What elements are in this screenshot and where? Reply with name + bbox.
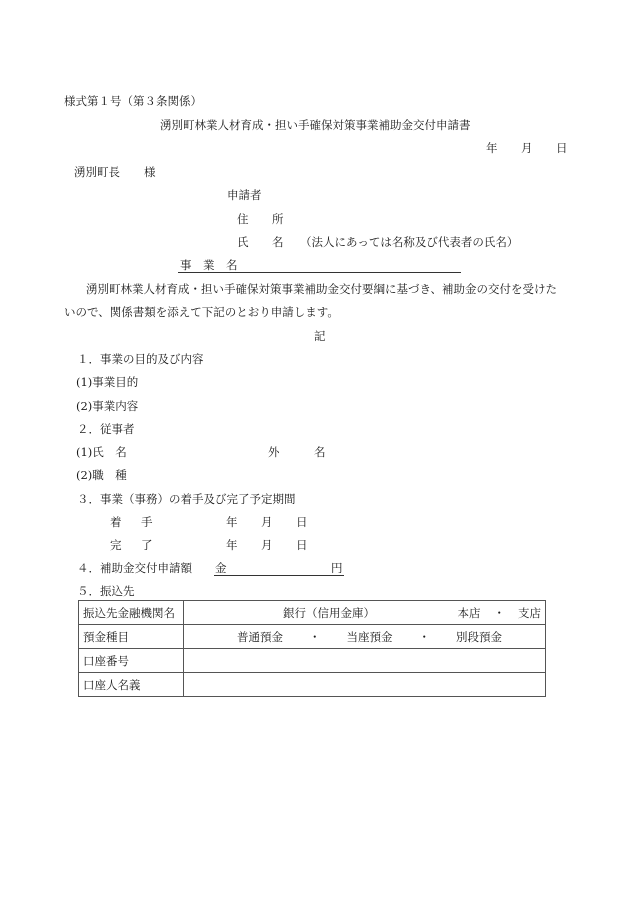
kin-label: 金 (215, 563, 227, 575)
separator-dot: ・ (494, 605, 506, 621)
date-month-label: 月 (521, 143, 533, 155)
body-line-2: いので、関係書類を添えて下記のとおり申請します。 (64, 307, 339, 319)
name-label-2: 名 (272, 237, 284, 249)
name-note: （法人にあっては名称及び代表者の氏名） (300, 237, 518, 249)
start-label-2: 手 (141, 517, 153, 529)
end-label-1: 完 (110, 540, 122, 552)
start-year: 年 (226, 517, 238, 529)
ki-label: 記 (314, 331, 326, 343)
name-label-1: 氏 (237, 237, 249, 249)
bank-name-cell[interactable]: 銀行（信用金庫） 本店 ・ 支店 (184, 601, 546, 625)
start-day: 日 (296, 517, 308, 529)
deposit-type-cell[interactable]: 普通預金 ・ 当座預金 ・ 別段預金 (184, 625, 546, 649)
business-name-underline (178, 272, 461, 273)
date-day-label: 日 (556, 143, 568, 155)
section-1-item-1: (1)事業目的 (76, 377, 138, 389)
address-label-2: 所 (272, 214, 284, 226)
end-label-2: 了 (141, 540, 153, 552)
section-5-heading: ５．振込先 (77, 586, 135, 598)
section-4-heading: ４．補助金交付申請額 (77, 563, 192, 575)
bank-table: 振込先金融機関名 銀行（信用金庫） 本店 ・ 支店 預金種目 普通預金 ・ 当座… (78, 600, 546, 697)
document-title: 湧別町林業人材育成・担い手確保対策事業補助金交付申請書 (160, 120, 471, 132)
yen-label: 円 (331, 563, 343, 575)
table-row: 預金種目 普通預金 ・ 当座預金 ・ 別段預金 (79, 625, 546, 649)
table-row: 口座人名義 (79, 673, 546, 697)
start-label-1: 着 (110, 517, 122, 529)
account-number-field[interactable] (184, 649, 546, 673)
section-2-item-2: (2)職 種 (76, 470, 127, 482)
body-line-1: 湧別町林業人材育成・担い手確保対策事業補助金交付要綱に基づき、補助金の交付を受け… (86, 284, 557, 296)
end-day: 日 (296, 540, 308, 552)
section-2-item-1: (1)氏 名 (76, 447, 127, 459)
account-holder-label: 口座人名義 (79, 673, 184, 697)
section-1-item-2: (2)事業内容 (76, 401, 138, 413)
applicant-label: 申請者 (227, 190, 262, 202)
ordinary-deposit-option[interactable]: 普通預金 (237, 629, 283, 645)
branch-option[interactable]: 支店 (518, 605, 541, 621)
amount-underline (214, 575, 344, 576)
others-label: 外 (268, 447, 280, 459)
business-name-label: 事 業 名 (180, 260, 238, 272)
bank-name-label: 振込先金融機関名 (79, 601, 184, 625)
main-office-option[interactable]: 本店 (458, 605, 481, 621)
section-3-heading: ３．事業（事務）の着手及び完了予定期間 (77, 494, 296, 506)
honorific: 様 (144, 167, 156, 179)
end-year: 年 (226, 540, 238, 552)
section-2-heading: ２．従事者 (77, 424, 135, 436)
separator-dot: ・ (419, 629, 431, 645)
addressee: 湧別町長 (74, 167, 120, 179)
current-deposit-option[interactable]: 当座預金 (347, 629, 393, 645)
bank-type: 銀行（信用金庫） (283, 605, 375, 621)
special-deposit-option[interactable]: 別段預金 (456, 629, 502, 645)
table-row: 口座番号 (79, 649, 546, 673)
section-1-heading: １．事業の目的及び内容 (77, 354, 204, 366)
separator-dot: ・ (309, 629, 321, 645)
account-holder-field[interactable] (184, 673, 546, 697)
start-month: 月 (261, 517, 273, 529)
end-month: 月 (261, 540, 273, 552)
form-number: 様式第１号（第３条関係） (64, 96, 202, 108)
account-number-label: 口座番号 (79, 649, 184, 673)
date-year-label: 年 (486, 143, 498, 155)
address-label-1: 住 (237, 214, 249, 226)
table-row: 振込先金融機関名 銀行（信用金庫） 本店 ・ 支店 (79, 601, 546, 625)
count-unit: 名 (314, 447, 326, 459)
deposit-type-label: 預金種目 (79, 625, 184, 649)
